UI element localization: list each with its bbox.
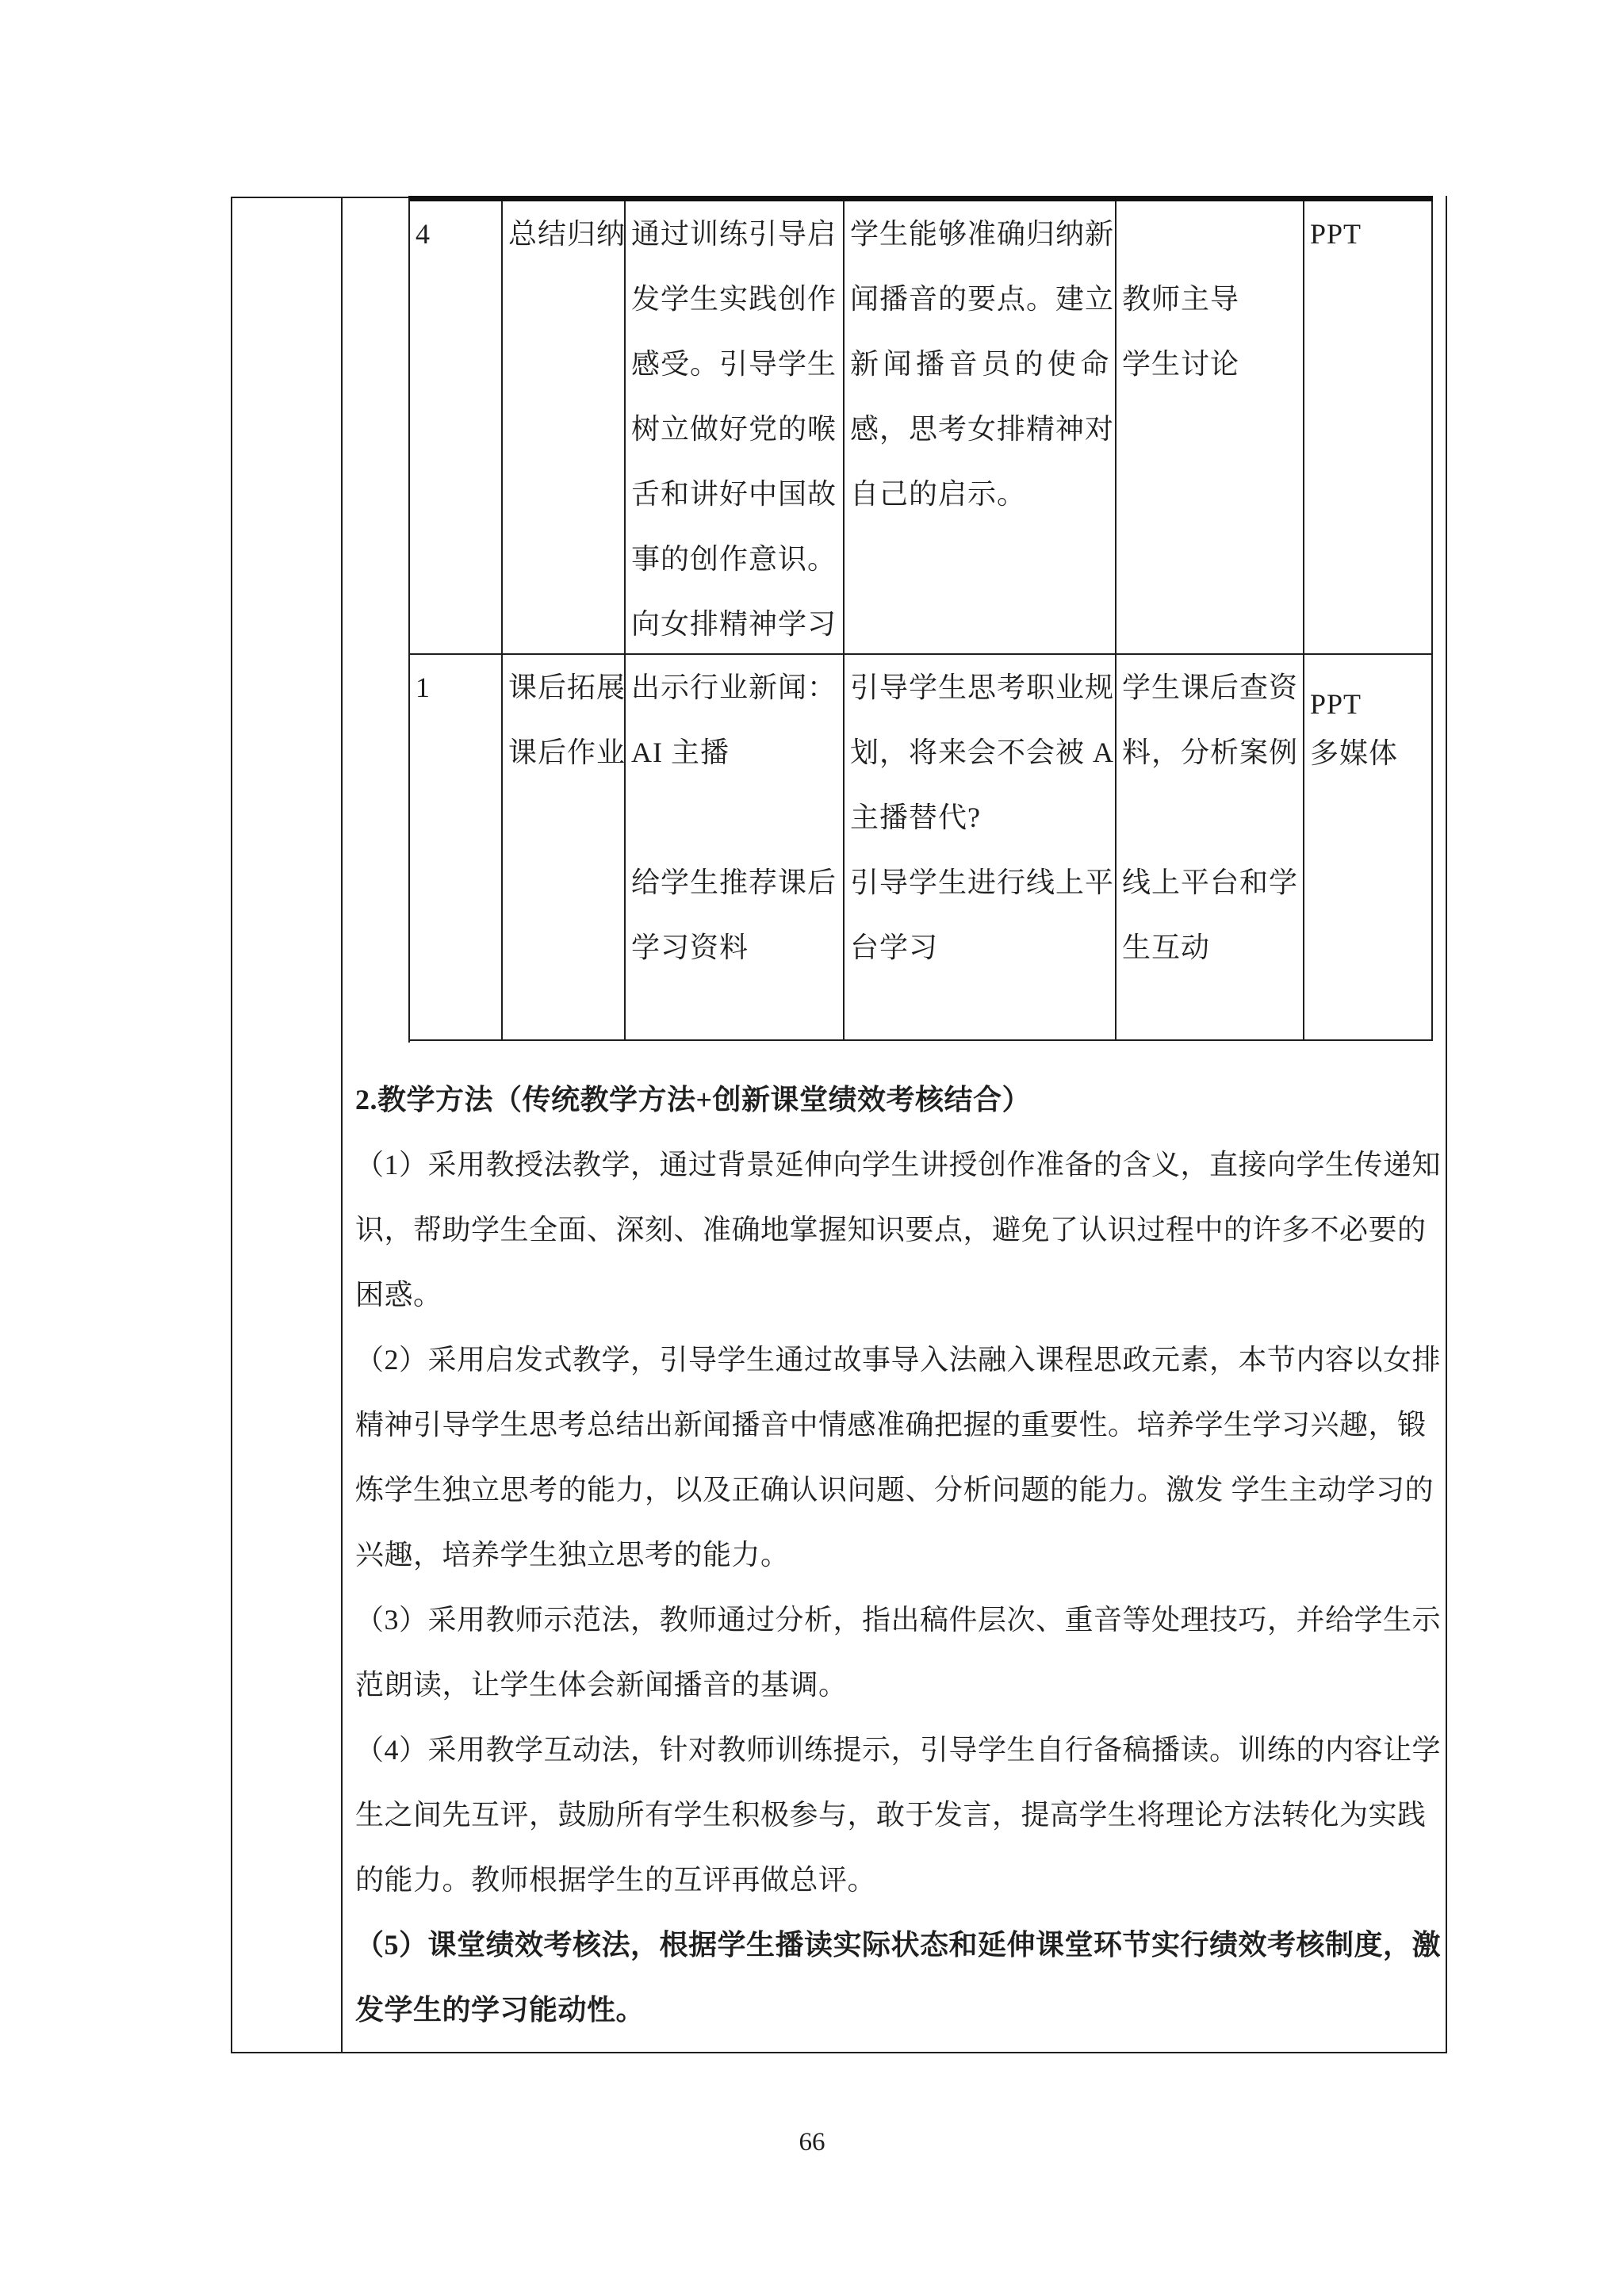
text-line: [1122, 201, 1300, 266]
text-line: 困惑。: [355, 1262, 1443, 1327]
table-cell-interaction: 学生课后查资 料，分析案例 线上平台和学 生互动: [1116, 655, 1304, 1041]
outer-table-left-border: [231, 197, 232, 2053]
text-line: （5）课堂绩效考核法，根据学生播读实际状态和延伸课堂环节实行绩效考核制度，激: [355, 1912, 1443, 1977]
text-line: 主播替代?: [850, 785, 1112, 850]
text-line: 生互动: [1122, 915, 1300, 980]
text-line: （4）采用教学互动法，针对教师训练提示，引导学生自行备稿播读。训练的内容让学: [355, 1717, 1443, 1782]
text-line: 范朗读，让学生体会新闻播音的基调。: [355, 1652, 1443, 1717]
step-number: 4: [416, 201, 498, 266]
text-line: PPT: [1310, 679, 1428, 729]
text-line: 给学生推荐课后: [631, 850, 840, 915]
text-line: 生之间先互评，鼓励所有学生积极参与，敢于发言，提高学生将理论方法转化为实践: [355, 1782, 1443, 1847]
text-line: 多媒体: [1310, 729, 1428, 778]
outer-table-bottom-border: [231, 2052, 1447, 2053]
text-line: 兴趣，培养学生独立思考的能力。: [355, 1522, 1443, 1587]
text-line: 舌和讲好中国故: [631, 461, 840, 526]
step-number: 1: [416, 655, 498, 720]
outer-table-right-border: [1446, 196, 1447, 2053]
text-line: 教师主导: [1122, 266, 1300, 331]
text-line: 引导学生进行线上平: [850, 850, 1112, 915]
text-line: 自己的启示。: [850, 461, 1112, 526]
text-line: 线上平台和学: [1122, 850, 1300, 915]
table-cell-teacher-activity: 出示行业新闻： AI 主播 给学生推荐课后 学习资料: [626, 655, 845, 1041]
text-line: 识，帮助学生全面、深刻、准确地掌握知识要点，避免了认识过程中的许多不必要的: [355, 1197, 1443, 1262]
text-line: 发学生实践创作: [631, 266, 840, 331]
text-line: 课后作业: [508, 720, 621, 785]
teaching-methods-section: 2.教学方法（传统教学方法+创新课堂绩效考核结合） （1）采用教授法教学，通过背…: [355, 1067, 1443, 2042]
text-line: 划，将来会不会被 AI: [850, 720, 1112, 785]
table-cell-seq: 4: [410, 201, 503, 655]
text-line: [1122, 785, 1300, 850]
text-line: 发学生的学习能动性。: [355, 1977, 1443, 2042]
text-line: （1）采用教授法教学，通过背景延伸向学生讲授创作准备的含义，直接向学生传递知: [355, 1132, 1443, 1197]
text-line: 树立做好党的喉: [631, 396, 840, 461]
text-line: 学生课后查资: [1122, 655, 1300, 720]
document-page: 4 总结归纳 通过训练引导启 发学生实践创作 感受。引导学生 树立做好党的喉 舌…: [0, 0, 1624, 2296]
text-line: AI 主播: [631, 720, 840, 785]
text-line: 学习资料: [631, 915, 840, 980]
text-line: 感受。引导学生: [631, 331, 840, 396]
text-line: 感，思考女排精神对: [850, 396, 1112, 461]
table-cell-stage: 课后拓展 课后作业: [503, 655, 626, 1041]
text-line: 课后拓展: [508, 655, 621, 720]
text-line: 台学习: [850, 915, 1112, 980]
text-line: 学生讨论: [1122, 331, 1300, 396]
text-line: 学生能够准确归纳新: [850, 201, 1112, 266]
table-cell-seq: 1: [410, 655, 503, 1041]
page-number: 66: [0, 2125, 1624, 2160]
text-line: 引导学生思考职业规: [850, 655, 1112, 720]
section-heading: 2.教学方法（传统教学方法+创新课堂绩效考核结合）: [355, 1067, 1443, 1132]
text-line: [631, 785, 840, 850]
table-cell-interaction: 教师主导 学生讨论: [1116, 201, 1304, 655]
text-line: 出示行业新闻：: [631, 655, 840, 720]
table-cell-student-activity: 引导学生思考职业规 划，将来会不会被 AI 主播替代? 引导学生进行线上平 台学…: [845, 655, 1116, 1041]
table-cell-media: PPT 多媒体: [1304, 655, 1433, 1041]
text-line: 炼学生独立思考的能力，以及正确认识问题、分析问题的能力。激发 学生主动学习的: [355, 1457, 1443, 1522]
text-line: （3）采用教师示范法，教师通过分析，指出稿件层次、重音等处理技巧，并给学生示: [355, 1587, 1443, 1652]
text-line: （2）采用启发式教学，引导学生通过故事导入法融入课程思政元素，本节内容以女排: [355, 1327, 1443, 1392]
text-line: 精神引导学生思考总结出新闻播音中情感准确把握的重要性。培养学生学习兴趣，锻: [355, 1392, 1443, 1457]
text-line: 新闻播音员的使命: [850, 331, 1112, 396]
table-cell-stage: 总结归纳: [503, 201, 626, 655]
text-line: 闻播音的要点。建立: [850, 266, 1112, 331]
text-line: 总结归纳: [508, 201, 621, 266]
text-line: 事的创作意识。: [631, 526, 840, 591]
outer-table-column-border: [341, 197, 343, 2053]
table-cell-teacher-activity: 通过训练引导启 发学生实践创作 感受。引导学生 树立做好党的喉 舌和讲好中国故 …: [626, 201, 845, 655]
outer-table-top-border: [231, 197, 412, 198]
text-line: 通过训练引导启: [631, 201, 840, 266]
text-line: 向女排精神学习: [631, 591, 840, 655]
text-line: PPT: [1310, 201, 1428, 266]
teaching-process-table: 4 总结归纳 通过训练引导启 发学生实践创作 感受。引导学生 树立做好党的喉 舌…: [408, 196, 1433, 1043]
table-cell-media: PPT: [1304, 201, 1433, 655]
table-cell-student-activity: 学生能够准确归纳新 闻播音的要点。建立 新闻播音员的使命 感，思考女排精神对 自…: [845, 201, 1116, 655]
text-line: 料，分析案例: [1122, 720, 1300, 785]
text-line: 的能力。教师根据学生的互评再做总评。: [355, 1847, 1443, 1912]
